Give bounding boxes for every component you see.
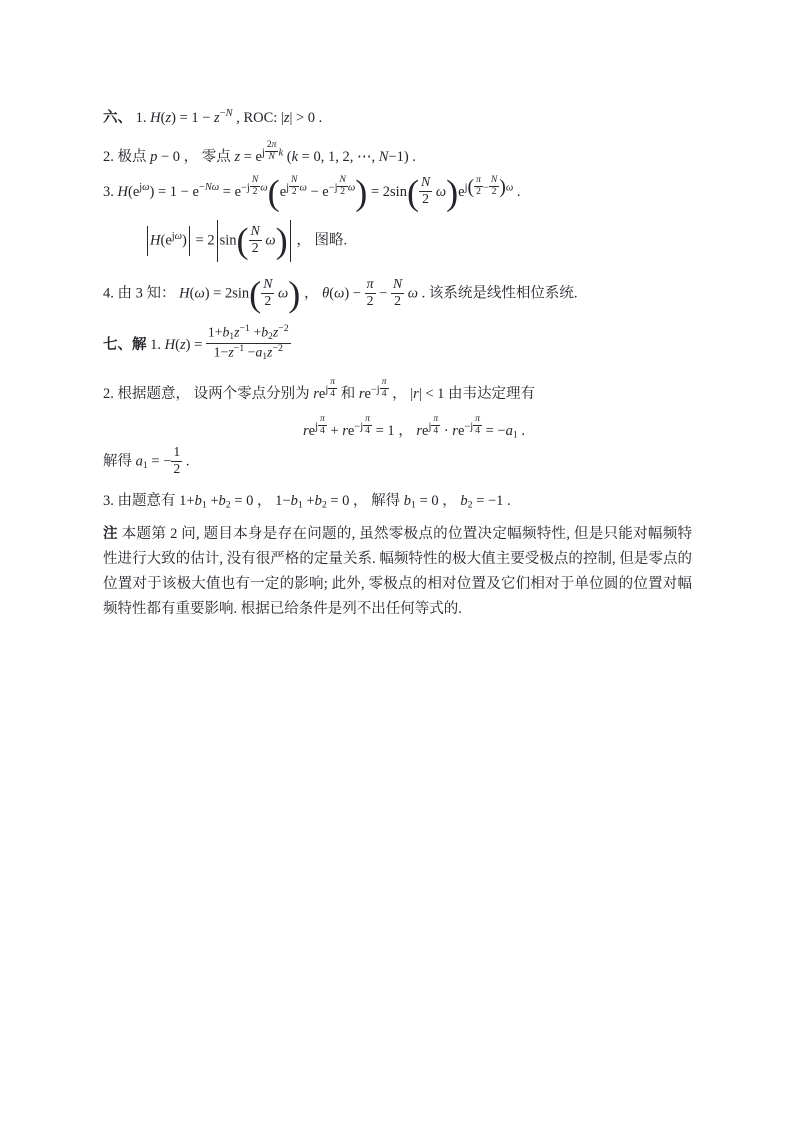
problem7-step1-line: 七、解 1. H(z) = 1+b1z−1 +b2z−21−z−1 −a1z−2 xyxy=(103,324,692,362)
problem7-step3-line: 3. 由题意有 1+b1 +b2 = 0 ， 1−b1 +b2 = 0 ， 解得… xyxy=(103,489,692,510)
problem6-magnitude-equation: H(ejω) = 2sin(N2 ω) ， 图略. xyxy=(103,220,692,262)
problem7-vieta-equation: rejπ4 + re−jπ4 = 1 ， rejπ4 · re−jπ4 = −a… xyxy=(103,414,692,441)
problem6-step2-line: 2. 极点 p − 0 ， 零点 z = ej2πNk (k = 0, 1, 2… xyxy=(103,140,692,166)
problem6-step4-line: 4. 由 3 知： H(ω) = 2sin(N2 ω) ， θ(ω) − π2 … xyxy=(103,277,692,311)
document-page: 六、 1. H(z) = 1 − z−N , ROC: |z| > 0 . 2.… xyxy=(0,0,794,1123)
solutions-content: 六、 1. H(z) = 1 − z−N , ROC: |z| > 0 . 2.… xyxy=(103,106,692,622)
problem6-step1-line: 六、 1. H(z) = 1 − z−N , ROC: |z| > 0 . xyxy=(103,106,692,127)
problem7-step2-line: 2. 根据题意， 设两个零点分别为 rejπ4 和 re−jπ4 ， |r| <… xyxy=(103,377,692,403)
problem6-step3-line: 3. H(ejω) = 1 − e−Nω = e−jN2ω(ejN2ω − e−… xyxy=(103,175,692,209)
problem7-a1-result-line: 解得 a1 = −12 . xyxy=(103,445,692,477)
note-paragraph: 注 本题第 2 问, 题目本身是存在问题的, 虽然零极点的位置决定幅频特性, 但… xyxy=(103,522,692,622)
